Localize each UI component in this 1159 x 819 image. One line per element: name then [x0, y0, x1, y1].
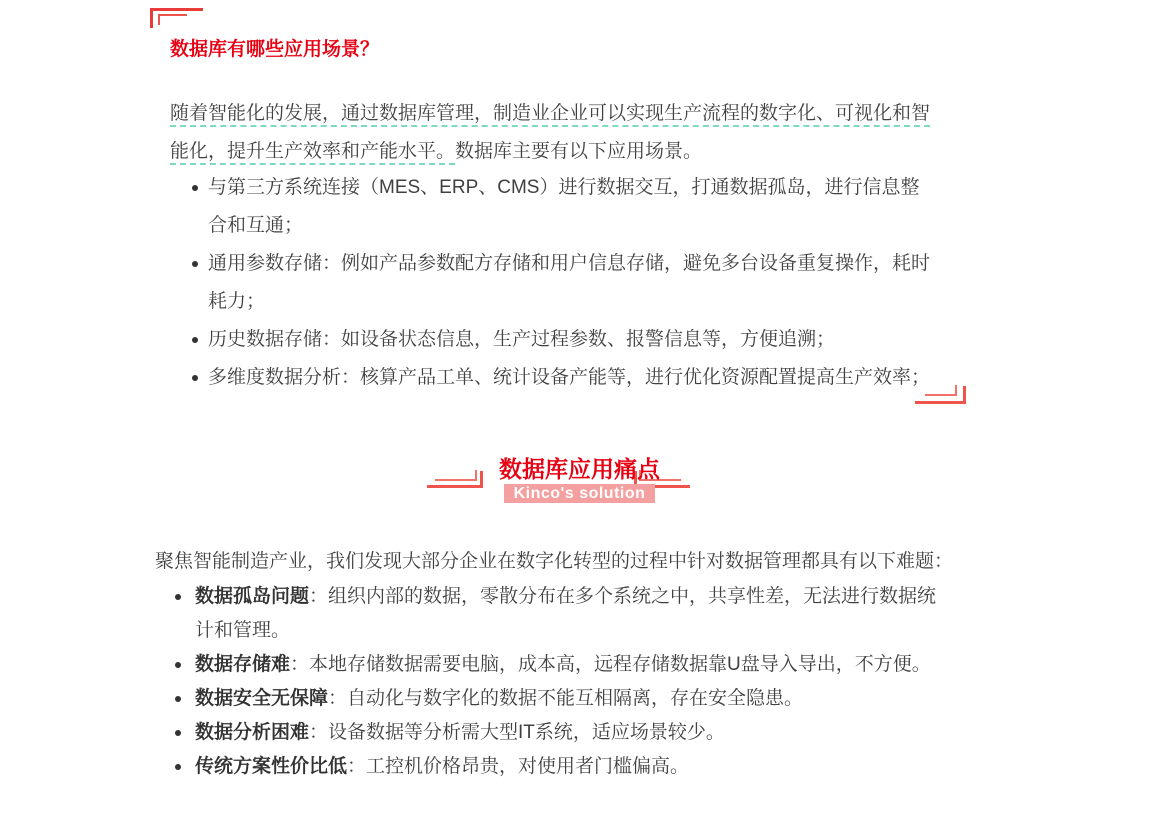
section2-subtitle-wrap: Kinco's solution — [0, 484, 1159, 503]
section1-paragraph: 随着智能化的发展，通过数据库管理，制造业企业可以实现生产流程的数字化、可视化和智… — [170, 95, 948, 171]
list-item: 数据孤岛问题：组织内部的数据，零散分布在多个系统之中，共享性差，无法进行数据统计… — [175, 580, 955, 648]
section1-bullet-list: 与第三方系统连接（MES、ERP、CMS）进行数据交互，打通数据孤岛，进行信息整… — [192, 169, 937, 397]
bullet-lead: 数据分析困难 — [195, 722, 309, 743]
list-item: 传统方案性价比低：工控机价格昂贵，对使用者门槛偏高。 — [175, 750, 955, 784]
bullet-lead: 数据存储难 — [195, 654, 290, 675]
section2-paragraph: 聚焦智能制造产业，我们发现大部分企业在数字化转型的过程中针对数据管理都具有以下难… — [155, 545, 955, 579]
list-item: 与第三方系统连接（MES、ERP、CMS）进行数据交互，打通数据孤岛，进行信息整… — [192, 169, 937, 245]
list-item: 数据分析困难：设备数据等分析需大型IT系统，适应场景较少。 — [175, 716, 955, 750]
bullet-text: ：自动化与数字化的数据不能互相隔离，存在安全隐患。 — [328, 688, 803, 709]
section2-title: 数据库应用痛点 — [0, 455, 1159, 483]
list-item: 数据安全无保障：自动化与数字化的数据不能互相隔离，存在安全隐患。 — [175, 682, 955, 716]
bullet-lead: 数据安全无保障 — [195, 688, 328, 709]
section1-paragraph-rest-span: 数据库主要有以下应用场景。 — [455, 141, 702, 162]
bullet-text: ：设备数据等分析需大型IT系统，适应场景较少。 — [309, 722, 725, 743]
section2-subtitle-badge: Kinco's solution — [504, 484, 656, 503]
list-item: 通用参数存储：例如产品参数配方存储和用户信息存储，避免多台设备重复操作，耗时耗力… — [192, 245, 937, 321]
bullet-text: ：本地存储数据需要电脑，成本高，远程存储数据靠U盘导入导出，不方便。 — [290, 654, 931, 675]
list-item: 历史数据存储：如设备状态信息，生产过程参数、报警信息等，方便追溯； — [192, 321, 937, 359]
bullet-lead: 数据孤岛问题 — [195, 586, 309, 607]
corner-bracket-top-left-inner-icon — [158, 14, 187, 25]
list-item: 多维度数据分析：核算产品工单、统计设备产能等，进行优化资源配置提高生产效率； — [192, 359, 937, 397]
list-item: 数据存储难：本地存储数据需要电脑，成本高，远程存储数据靠U盘导入导出，不方便。 — [175, 648, 955, 682]
bullet-text: ：工控机价格昂贵，对使用者门槛偏高。 — [347, 756, 689, 777]
section1-heading: 数据库有哪些应用场景？ — [170, 36, 379, 64]
section2-bullet-list: 数据孤岛问题：组织内部的数据，零散分布在多个系统之中，共享性差，无法进行数据统计… — [175, 580, 955, 784]
article-page: 数据库有哪些应用场景？ 随着智能化的发展，通过数据库管理，制造业企业可以实现生产… — [0, 0, 1159, 819]
bullet-lead: 传统方案性价比低 — [195, 756, 347, 777]
